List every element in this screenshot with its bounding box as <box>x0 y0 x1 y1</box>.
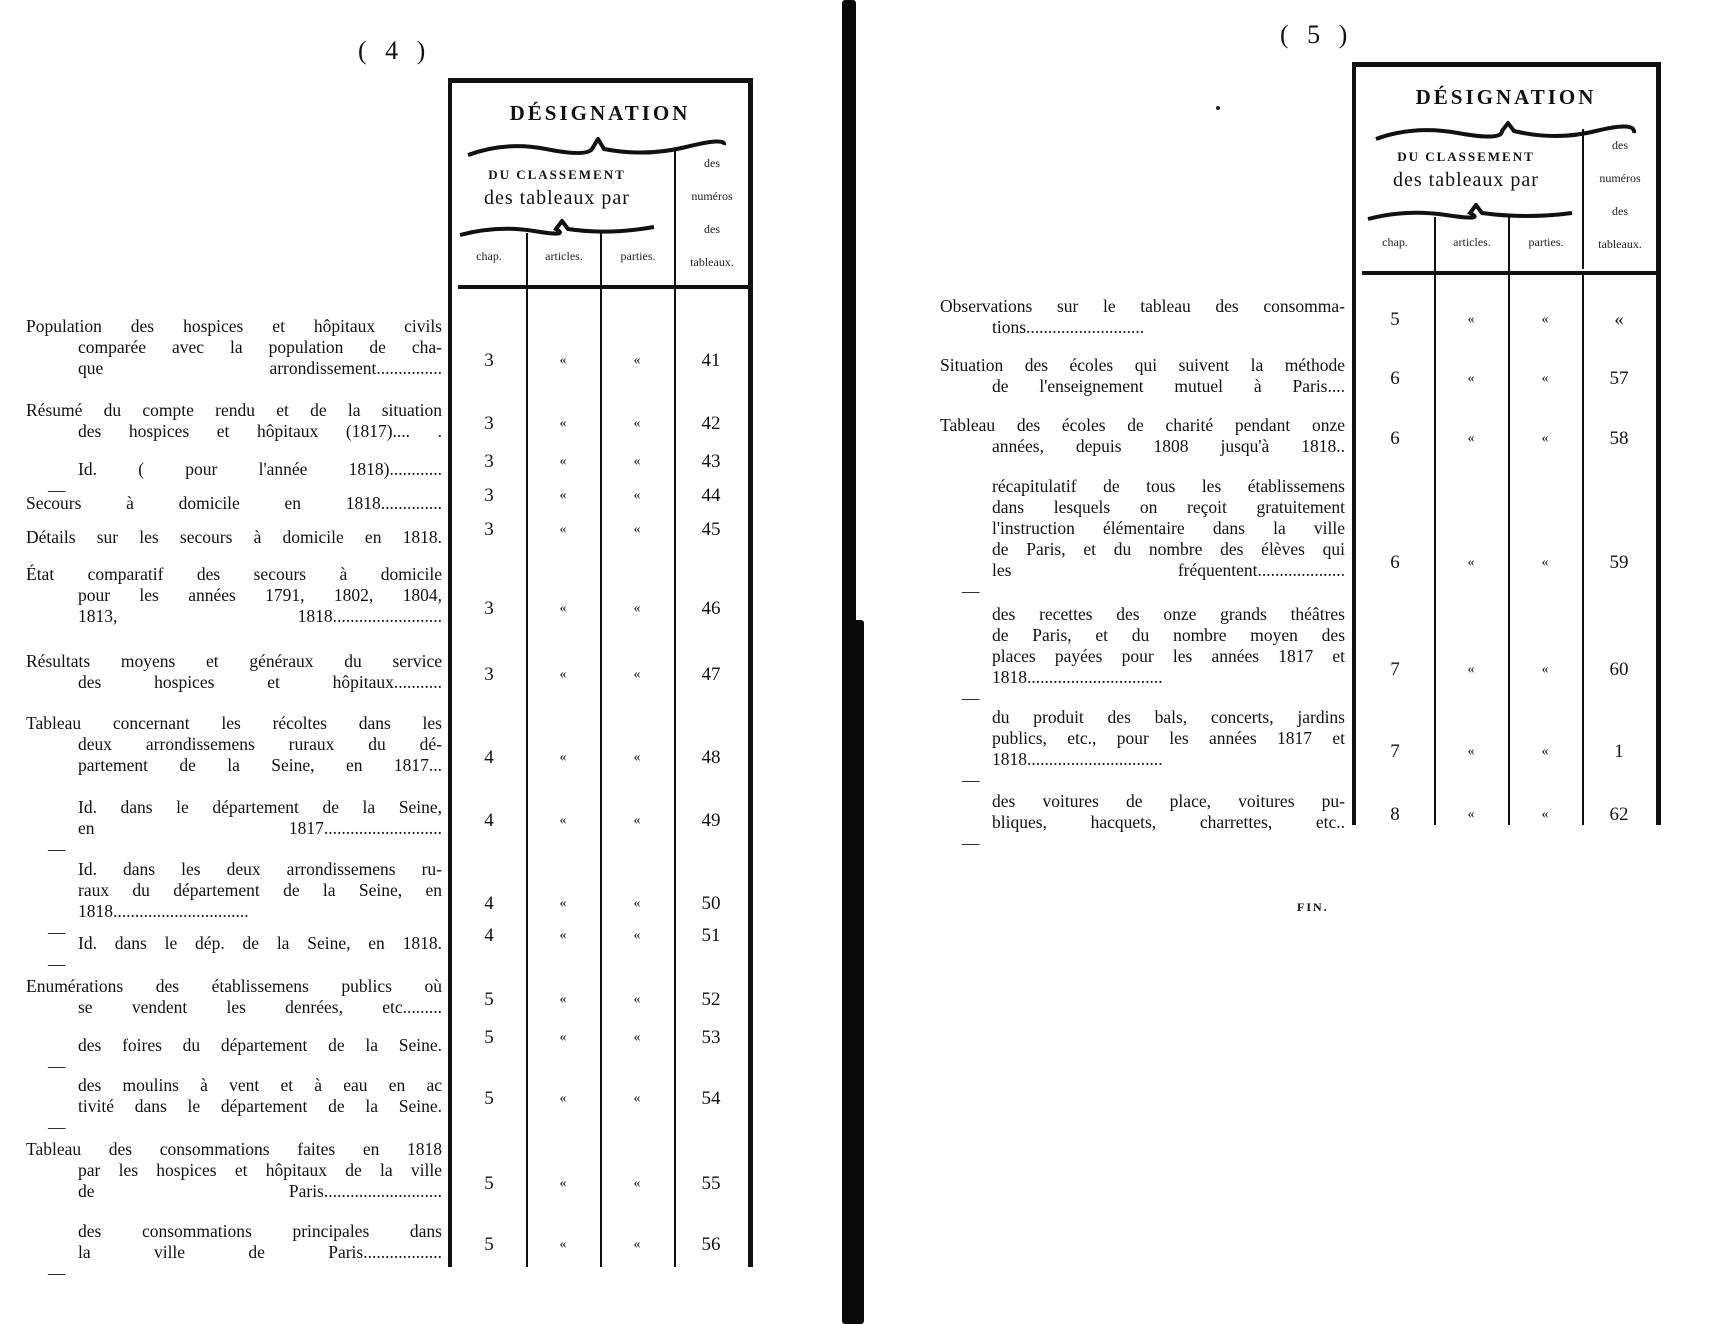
cell-numero: 55 <box>674 1173 748 1195</box>
cell-articles: « <box>526 522 600 538</box>
cell-articles: « <box>526 601 600 617</box>
cell-articles: « <box>1434 662 1508 678</box>
row-text-line: Id. dans les deux arrondissemens ru- <box>26 859 442 880</box>
cell-chap: 5 <box>1356 309 1434 331</box>
cell-articles: « <box>526 416 600 432</box>
col-header-parties: parties. <box>602 249 674 264</box>
cell-chap: 3 <box>452 413 526 435</box>
cell-articles: « <box>526 813 600 829</box>
cell-parties: « <box>1508 662 1582 678</box>
table-row-label: des voitures de place, voitures pu-bliqu… <box>940 791 1345 833</box>
cell-chap: 6 <box>1356 428 1434 450</box>
cell-numero: 44 <box>674 485 748 507</box>
row-text-line: des hospices et hôpitaux........... <box>26 672 442 693</box>
row-text-line: dans lesquels on reçoit gratuitement <box>940 497 1345 518</box>
cell-numero: 49 <box>674 810 748 832</box>
dash-mark: — <box>48 839 66 860</box>
dash-mark: — <box>48 954 66 975</box>
cell-articles: « <box>526 353 600 369</box>
brace-ornament-sub <box>458 219 658 239</box>
cell-parties: « <box>600 896 674 912</box>
table-row-label: des moulins à vent et à eau en activité … <box>26 1075 442 1117</box>
cell-parties: « <box>600 1091 674 1107</box>
table-row-label: État comparatif des secours à domicilepo… <box>26 564 442 627</box>
table-title: DÉSIGNATION <box>1356 85 1656 110</box>
row-text-line: tivité dans le département de la Seine. <box>26 1096 442 1117</box>
col-header-articles: articles. <box>1436 235 1508 250</box>
cell-parties: « <box>600 992 674 1008</box>
cell-numero: 59 <box>1582 552 1656 574</box>
row-text-line: Enumérations des établissemens publics o… <box>26 976 442 997</box>
cell-parties: « <box>600 813 674 829</box>
table-row-label: Id. ( pour l'année 1818)............— <box>26 459 442 480</box>
cell-numero: 47 <box>674 664 748 686</box>
col-header-articles: articles. <box>528 249 600 264</box>
cell-chap: 3 <box>452 598 526 620</box>
left-page: ( 4 ) DÉSIGNATION DU CLASSEMENT des tabl… <box>0 0 840 1324</box>
row-text-line: du produit des bals, concerts, jardins <box>940 707 1345 728</box>
cell-articles: « <box>1434 744 1508 760</box>
cell-parties: « <box>600 416 674 432</box>
row-text-line: des recettes des onze grands théâtres <box>940 604 1345 625</box>
row-text-line: des voitures de place, voitures pu- <box>940 791 1345 812</box>
cell-chap: 4 <box>452 925 526 947</box>
row-text-line: Résultats moyens et généraux du service <box>26 651 442 672</box>
row-text-line: Id. ( pour l'année 1818)............ <box>26 459 442 480</box>
row-text-line: publics, etc., pour les années 1817 et <box>940 728 1345 749</box>
cell-articles: « <box>1434 431 1508 447</box>
row-text-line: Résumé du compte rendu et de la situatio… <box>26 400 442 421</box>
cell-articles: « <box>526 750 600 766</box>
table-title: DÉSIGNATION <box>452 101 748 126</box>
col-header-chap: chap. <box>1356 235 1434 250</box>
row-text-line: des hospices et hôpitaux (1817).... . <box>26 421 442 442</box>
table-row-label: Id. dans le dép. de la Seine, en 1818.— <box>26 933 442 954</box>
table-row-label: des foires du département de la Seine.— <box>26 1035 442 1056</box>
cell-parties: « <box>600 522 674 538</box>
cell-chap: 3 <box>452 451 526 473</box>
cell-parties: « <box>600 454 674 470</box>
group-label-des-tableaux-par: des tableaux par <box>452 187 662 210</box>
cell-articles: « <box>1434 371 1508 387</box>
row-text-line: la ville de Paris.................. <box>26 1242 442 1263</box>
row-text-line: en 1817........................... <box>26 818 442 839</box>
row-text-line: bliques, hacquets, charrettes, etc.. <box>940 812 1345 833</box>
dash-mark: — <box>48 1117 66 1138</box>
col-header-chap: chap. <box>452 249 526 264</box>
col-header-numeros: des numéros des tableaux. <box>676 147 748 279</box>
col-header-parties: parties. <box>1510 235 1582 250</box>
cell-chap: 8 <box>1356 804 1434 826</box>
row-text-line: de Paris, et du nombre moyen des <box>940 625 1345 646</box>
page-number: ( 5 ) <box>1280 20 1353 50</box>
cell-numero: 45 <box>674 519 748 541</box>
end-mark: FIN. <box>1297 900 1329 915</box>
row-text-line: de l'enseignement mutuel à Paris.... <box>940 376 1345 397</box>
cell-numero: 42 <box>674 413 748 435</box>
dash-mark: — <box>962 688 980 709</box>
row-text-line: comparée avec la population de cha- <box>26 337 442 358</box>
cell-chap: 4 <box>452 893 526 915</box>
cell-parties: « <box>600 750 674 766</box>
row-text-line: récapitulatif de tous les établissemens <box>940 476 1345 497</box>
cell-parties: « <box>600 1030 674 1046</box>
cell-numero: « <box>1582 309 1656 331</box>
row-text-line: État comparatif des secours à domicile <box>26 564 442 585</box>
cell-numero: 58 <box>1582 428 1656 450</box>
cell-chap: 3 <box>452 350 526 372</box>
right-page: ( 5 ) DÉSIGNATION DU CLASSEMENT des tabl… <box>870 0 1717 1324</box>
cell-numero: 46 <box>674 598 748 620</box>
row-text-line: les fréquentent.................... <box>940 560 1345 581</box>
row-text-line: se vendent les denrées, etc......... <box>26 997 442 1018</box>
row-text-line: des moulins à vent et à eau en ac <box>26 1075 442 1096</box>
cell-chap: 3 <box>452 485 526 507</box>
cell-articles: « <box>526 992 600 1008</box>
row-text-line: Détails sur les secours à domicile en 18… <box>26 527 442 548</box>
table-row-label: Détails sur les secours à domicile en 18… <box>26 527 442 548</box>
table-row-label: Situation des écoles qui suivent la méth… <box>940 355 1345 397</box>
table-row-label: des recettes des onze grands théâtresde … <box>940 604 1345 688</box>
cell-articles: « <box>1434 312 1508 328</box>
row-text-line: pour les années 1791, 1802, 1804, <box>26 585 442 606</box>
cell-articles: « <box>1434 555 1508 571</box>
cell-chap: 5 <box>452 1234 526 1256</box>
table-row-label: Population des hospices et hôpitaux civi… <box>26 316 442 379</box>
cell-parties: « <box>1508 312 1582 328</box>
row-text-line: Population des hospices et hôpitaux civi… <box>26 316 442 337</box>
col-header-numeros: des numéros des tableaux. <box>1584 129 1656 261</box>
cell-numero: 43 <box>674 451 748 473</box>
cell-parties: « <box>600 1237 674 1253</box>
row-text-line: partement de la Seine, en 1817... <box>26 755 442 776</box>
group-label-des-tableaux-par: des tableaux par <box>1356 169 1576 192</box>
cell-numero: 48 <box>674 747 748 769</box>
row-text-line: Tableau concernant les récoltes dans les <box>26 713 442 734</box>
cell-numero: 50 <box>674 893 748 915</box>
cell-chap: 3 <box>452 519 526 541</box>
table-row-label: Tableau concernant les récoltes dans les… <box>26 713 442 776</box>
cell-parties: « <box>1508 555 1582 571</box>
cell-articles: « <box>526 454 600 470</box>
cell-chap: 4 <box>452 810 526 832</box>
table-row-label: des consommations principales dansla vil… <box>26 1221 442 1263</box>
cell-numero: 62 <box>1582 804 1656 826</box>
row-text-line: 1818............................... <box>940 749 1345 770</box>
col-divider-2 <box>1508 217 1510 825</box>
row-text-line: places payées pour les années 1817 et <box>940 646 1345 667</box>
table-row-label: Observations sur le tableau des consomma… <box>940 296 1345 338</box>
row-text-line: Secours à domicile en 1818.............. <box>26 493 442 514</box>
brace-ornament-sub <box>1366 203 1576 223</box>
cell-chap: 5 <box>452 1088 526 1110</box>
dash-mark: — <box>48 1056 66 1077</box>
row-text-line: l'instruction élémentaire dans la ville <box>940 518 1345 539</box>
cell-numero: 53 <box>674 1027 748 1049</box>
cell-numero: 1 <box>1582 741 1656 763</box>
book-binding-lower <box>848 620 864 1324</box>
cell-articles: « <box>1434 807 1508 823</box>
row-text-line: de Paris, et du nombre des élèves qui <box>940 539 1345 560</box>
row-text-line: de Paris........................... <box>26 1181 442 1202</box>
row-text-line: Id. dans le dép. de la Seine, en 1818. <box>26 933 442 954</box>
cell-parties: « <box>600 601 674 617</box>
cell-numero: 52 <box>674 989 748 1011</box>
cell-chap: 7 <box>1356 659 1434 681</box>
cell-numero: 57 <box>1582 368 1656 390</box>
cell-parties: « <box>600 353 674 369</box>
cell-parties: « <box>600 488 674 504</box>
table-row-label: Résultats moyens et généraux du serviced… <box>26 651 442 693</box>
page-number: ( 4 ) <box>358 36 431 66</box>
cell-chap: 7 <box>1356 741 1434 763</box>
row-text-line: par les hospices et hôpitaux de la ville <box>26 1160 442 1181</box>
row-text-line: des consommations principales dans <box>26 1221 442 1242</box>
row-text-line: Tableau des écoles de charité pendant on… <box>940 415 1345 436</box>
row-text-line: des foires du département de la Seine. <box>26 1035 442 1056</box>
cell-numero: 51 <box>674 925 748 947</box>
cell-parties: « <box>600 1176 674 1192</box>
table-row-label: récapitulatif de tous les établissemensd… <box>940 476 1345 581</box>
cell-parties: « <box>600 667 674 683</box>
table-row-label: Tableau des consommations faites en 1818… <box>26 1139 442 1202</box>
row-text-line: tions........................... <box>940 317 1345 338</box>
cell-chap: 5 <box>452 1027 526 1049</box>
cell-chap: 5 <box>452 1173 526 1195</box>
cell-chap: 4 <box>452 747 526 769</box>
cell-parties: « <box>600 928 674 944</box>
cell-chap: 5 <box>452 989 526 1011</box>
table-row-label: Tableau des écoles de charité pendant on… <box>940 415 1345 457</box>
row-text-line: Situation des écoles qui suivent la méth… <box>940 355 1345 376</box>
cell-parties: « <box>1508 744 1582 760</box>
cell-chap: 6 <box>1356 552 1434 574</box>
table-row-label: Résumé du compte rendu et de la situatio… <box>26 400 442 442</box>
table-row-label: Secours à domicile en 1818.............. <box>26 493 442 514</box>
row-text-line: Id. dans le département de la Seine, <box>26 797 442 818</box>
table-row-label: Enumérations des établissemens publics o… <box>26 976 442 1018</box>
cell-numero: 54 <box>674 1088 748 1110</box>
cell-articles: « <box>526 667 600 683</box>
cell-articles: « <box>526 1091 600 1107</box>
cell-parties: « <box>1508 431 1582 447</box>
cell-articles: « <box>526 896 600 912</box>
group-label-du-classement: DU CLASSEMENT <box>1356 149 1576 165</box>
row-text-line: raux du département de la Seine, en <box>26 880 442 901</box>
cell-articles: « <box>526 488 600 504</box>
cell-articles: « <box>526 1237 600 1253</box>
row-text-line: Tableau des consommations faites en 1818 <box>26 1139 442 1160</box>
ink-speck <box>1216 106 1220 110</box>
cell-parties: « <box>1508 371 1582 387</box>
dash-mark: — <box>48 1263 66 1284</box>
header-bottom-rule <box>458 285 748 289</box>
cell-articles: « <box>526 1030 600 1046</box>
row-text-line: 1818............................... <box>940 667 1345 688</box>
table-row-label: du produit des bals, concerts, jardinspu… <box>940 707 1345 770</box>
cell-articles: « <box>526 928 600 944</box>
cell-numero: 41 <box>674 350 748 372</box>
dash-mark: — <box>962 833 980 854</box>
table-row-label: Id. dans le département de la Seine,en 1… <box>26 797 442 839</box>
row-text-line: années, depuis 1808 jusqu'à 1818.. <box>940 436 1345 457</box>
row-text-line: 1813, 1818......................... <box>26 606 442 627</box>
row-text-line: deux arrondissemens ruraux du dé- <box>26 734 442 755</box>
col-divider-1 <box>1434 217 1436 825</box>
group-label-du-classement: DU CLASSEMENT <box>452 167 662 183</box>
cell-numero: 60 <box>1582 659 1656 681</box>
cell-chap: 3 <box>452 664 526 686</box>
row-text-line: 1818............................... <box>26 901 442 922</box>
cell-articles: « <box>526 1176 600 1192</box>
table-row-label: Id. dans les deux arrondissemens ru-raux… <box>26 859 442 922</box>
row-text-line: que arrondissement............... <box>26 358 442 379</box>
cell-numero: 56 <box>674 1234 748 1256</box>
dash-mark: — <box>962 581 980 602</box>
row-text-line: Observations sur le tableau des consomma… <box>940 296 1345 317</box>
dash-mark: — <box>962 770 980 791</box>
cell-chap: 6 <box>1356 368 1434 390</box>
cell-parties: « <box>1508 807 1582 823</box>
